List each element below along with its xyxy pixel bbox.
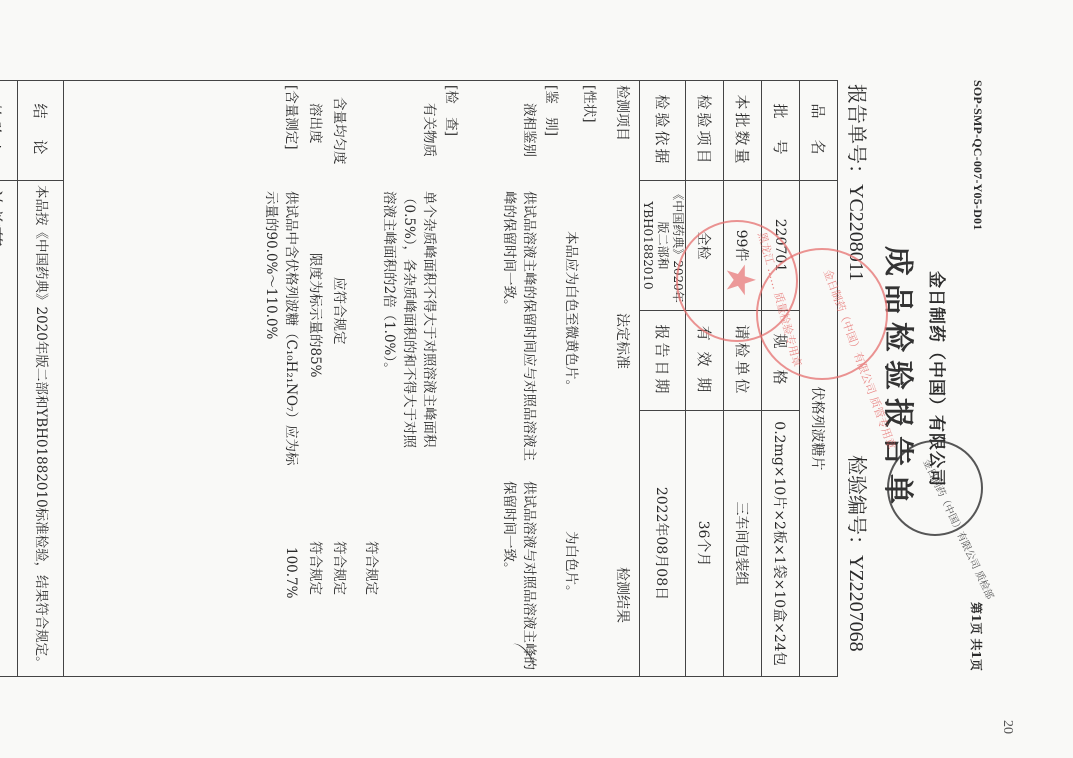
report-title: 成品检验报告单	[879, 0, 923, 758]
test-details: 检测项目 法定标准 检测结果 [性状] 本品应为白色至微黄色片。 为白色片。 […	[64, 81, 640, 677]
page-count: 第1页 共1页	[968, 602, 985, 671]
item-identification-section: [鉴 别]	[541, 85, 561, 136]
result-content-uniformity: 符合规定	[329, 541, 349, 595]
result-dissolution: 符合规定	[305, 541, 325, 595]
result-appearance: 为白色片。	[561, 531, 581, 599]
check-number-value: YZ2207068	[845, 555, 867, 652]
standard-content-uniformity: 应符合规定	[329, 277, 349, 345]
check-number-label: 检验编号：	[845, 455, 867, 555]
inspector-label: 检验人	[0, 81, 18, 181]
report-number: 报告单号：YC2208011	[844, 84, 873, 281]
item-related-substances: 有关物质	[419, 103, 439, 157]
standard-dissolution: 限度为标示量的85%	[305, 253, 325, 378]
requester-value: 三车间包装组	[724, 411, 762, 677]
company-name: 金日制药（中国）有限公司	[926, 0, 951, 758]
row-inspector: 检验人 沈韵莼	[0, 81, 18, 677]
row-quantity-requester: 本批数量 99件 请检单位 三车间包装组	[724, 81, 762, 677]
conclusion-value: 本品按《中国药典》2020年版二部和YBH01882010标准检验，结果符合规定…	[18, 181, 64, 677]
result-hplc-identification: 供试品溶液与对照品溶液主峰的保留时间一致。	[499, 481, 539, 671]
workshop-seal: ★ 黑龙江 …… 质量检验专用章	[676, 220, 798, 342]
standard-related-substances: 单个杂质峰面积不得大于对照溶液主峰面积（0.5%），各杂质峰面积的和不得大于对照…	[379, 191, 439, 461]
standard-assay: 供试品中含伏格列波糖（C₁₀H₂₁NO₇）应为标示量的90.0%～110.0%	[261, 191, 301, 476]
row-details: 检测项目 法定标准 检测结果 [性状] 本品应为白色至微黄色片。 为白色片。 […	[64, 81, 640, 677]
column-header-item: 检测项目	[613, 85, 633, 141]
item-content-uniformity: 含量均匀度	[329, 97, 349, 165]
product-name-label: 品 名	[800, 81, 838, 181]
batch-label: 批 号	[762, 81, 800, 181]
company-seal: 金日制药（中国）有限公司 质检部	[887, 440, 983, 536]
validity-value: 36个月	[686, 411, 724, 677]
report-number-label: 报告单号：	[845, 84, 867, 184]
result-assay: 100.7%	[281, 547, 301, 598]
item-assay: [含量测定]	[281, 85, 301, 150]
row-items-validity: 检验项目 全检 有 效 期 36个月	[686, 81, 724, 677]
row-conclusion: 结 论 本品按《中国药典》2020年版二部和YBH01882010标准检验，结果…	[18, 81, 64, 677]
column-header-standard: 法定标准	[613, 313, 633, 369]
result-related-substances: 符合规定	[361, 541, 381, 595]
row-batch-spec: 批 号 220701 规 格 0.2mg×10片×2板×1袋×10盒×24包	[762, 81, 800, 677]
item-hplc-identification: 液相鉴别	[519, 103, 539, 157]
standard-appearance: 本品应为白色至微黄色片。	[561, 231, 581, 501]
conclusion-label: 结 论	[18, 81, 64, 181]
item-tests-section: [检 查]	[441, 85, 461, 136]
document-code: SOP-SMP-QC-007-Y05-D01	[970, 80, 985, 230]
basis-label: 检验依据	[640, 81, 686, 181]
items-label: 检验项目	[686, 81, 724, 181]
report-date-label: 报告日期	[640, 311, 686, 411]
standard-hplc-identification: 供试品溶液主峰的保留时间应与对照品溶液主峰的保留时间一致。	[499, 191, 539, 461]
star-icon: ★	[720, 262, 760, 298]
row-basis-date: 检验依据 《中国药典》2020年版二部和YBH01882010 报告日期 202…	[640, 81, 686, 677]
check-number: 检验编号：YZ2207068	[844, 455, 873, 652]
item-appearance-section: [性状]	[579, 85, 599, 123]
quantity-label: 本批数量	[724, 81, 762, 181]
spec-value: 0.2mg×10片×2板×1袋×10盒×24包	[762, 411, 800, 677]
item-dissolution: 溶出度	[305, 103, 325, 144]
report-table: 品 名 伏格列波糖片 批 号 220701 规 格 0.2mg×10片×2板×1…	[0, 80, 838, 677]
inspector-signature: 沈韵莼	[0, 181, 18, 677]
column-header-result: 检测结果	[613, 567, 633, 623]
handwritten-mark: 20	[999, 720, 1015, 734]
report-date-value: 2022年08月08日	[640, 411, 686, 677]
inspection-report-page: SOP-SMP-QC-007-Y05-D01 第1页 共1页 20 金日制药（中…	[0, 0, 1073, 758]
